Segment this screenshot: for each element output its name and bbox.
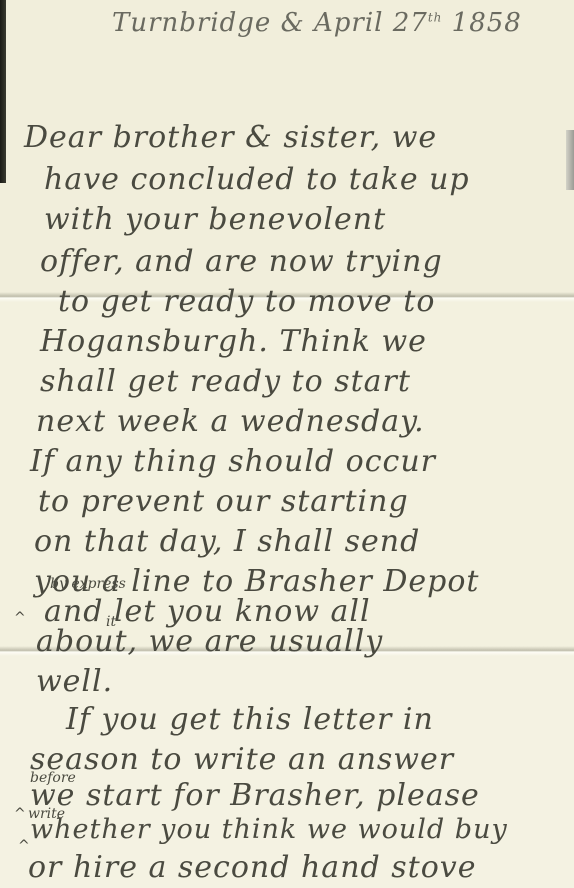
letter-line-2: have concluded to take up	[44, 162, 470, 197]
dateline: Turnbridge & April 27th 1858	[112, 8, 522, 38]
letter-line-5: to get ready to move to	[58, 284, 435, 319]
letter-line-6: Hogansburgh. Think we	[40, 324, 427, 359]
insertion-by-express: by express	[50, 576, 126, 592]
dateline-place: Turnbridge	[112, 8, 271, 38]
letter-line-3: with your benevolent	[44, 202, 386, 237]
insertion-caret-2: ^	[14, 806, 26, 822]
dateline-date: April 27	[314, 8, 428, 38]
scan-right-shadow	[566, 130, 574, 190]
letter-line-18: we start for Brasher, please	[30, 778, 480, 813]
letter-line-20: or hire a second hand stove	[28, 850, 476, 885]
letter-line-10: to prevent our starting	[38, 484, 409, 519]
insertion-caret-1: ^	[14, 610, 26, 626]
letter-line-1: Dear brother & sister, we	[24, 120, 437, 155]
letter-line-14: about, we are usually	[36, 624, 383, 659]
letter-line-19: whether you think we would buy	[30, 814, 508, 845]
letter-line-9: If any thing should occur	[30, 444, 436, 479]
letter-line-11: on that day, I shall send	[34, 524, 420, 559]
letter-page: Turnbridge & April 27th 1858 Dear brothe…	[0, 0, 574, 888]
letter-line-4: offer, and are now trying	[40, 244, 443, 279]
letter-line-7: shall get ready to start	[40, 364, 411, 399]
letter-line-16: If you get this letter in	[66, 702, 434, 737]
scan-left-edge	[0, 0, 6, 183]
letter-line-8: next week a wednesday.	[36, 404, 425, 439]
letter-line-15: well.	[36, 664, 113, 699]
letter-line-17: season to write an answer	[30, 742, 454, 777]
dateline-year: 1858	[452, 8, 522, 38]
dateline-ordinal: th	[428, 10, 443, 24]
